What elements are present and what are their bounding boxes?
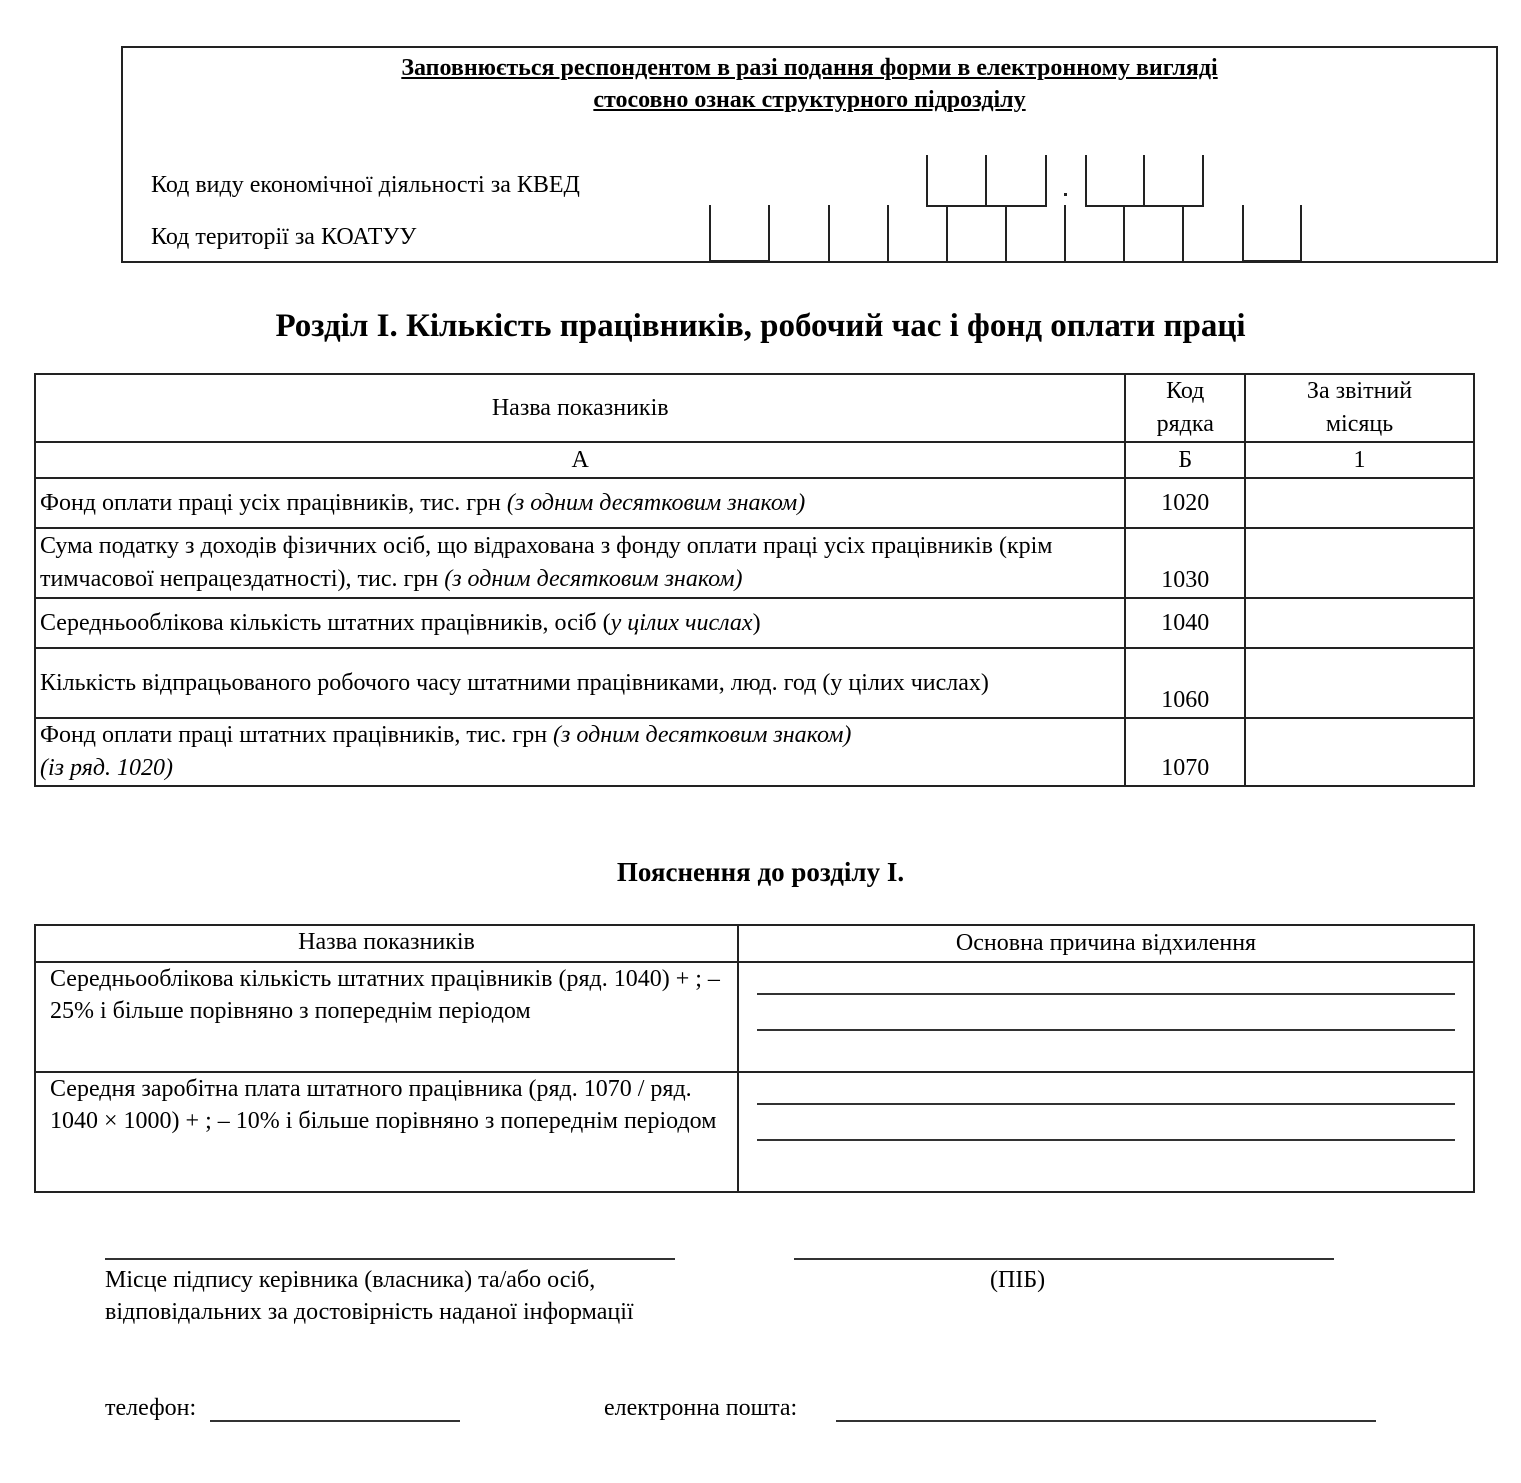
subheader-b: Б: [1125, 442, 1245, 478]
signature-place-label-2: відповідальних за достовірність наданої …: [105, 1296, 634, 1328]
reason-line: [757, 971, 1455, 995]
signature-place-label-1: Місце підпису керівника (власника) та/аб…: [105, 1264, 595, 1296]
header-name: Назва показників: [35, 374, 1125, 442]
explanations-title: Пояснення до розділу І.: [0, 857, 1521, 888]
respondent-box-title-1: Заповнюється респондентом в разі подання…: [123, 52, 1496, 84]
section-1-title: Розділ І. Кількість працівників, робочий…: [0, 308, 1521, 345]
full-name-label: (ПІБ): [990, 1264, 1045, 1296]
kved-label: Код виду економічної діяльності за КВЕД: [151, 172, 580, 199]
value-input-1060[interactable]: [1245, 648, 1474, 718]
table-row: Фонд оплати праці усіх працівників, тис.…: [35, 478, 1474, 528]
table-row: Середньооблікова кількість штатних праці…: [35, 598, 1474, 648]
reason-input-1[interactable]: [738, 962, 1474, 1072]
koatuu-code-field[interactable]: [709, 205, 1309, 263]
row-code: 1070: [1125, 718, 1245, 786]
value-input-1020[interactable]: [1245, 478, 1474, 528]
full-name-line[interactable]: [794, 1258, 1334, 1260]
signature-place-line[interactable]: [105, 1258, 675, 1260]
koatuu-label: Код території за КОАТУУ: [151, 224, 416, 251]
table-row: Середньооблікова кількість штатних праці…: [35, 962, 1474, 1072]
row-code: 1060: [1125, 648, 1245, 718]
table-row: Кількість відпрацьованого робочого часу …: [35, 648, 1474, 718]
respondent-box-title-2: стосовно ознак структурного підрозділу: [123, 84, 1496, 116]
subheader-1: 1: [1245, 442, 1474, 478]
header-month: За звітний місяць: [1245, 374, 1474, 442]
value-input-1040[interactable]: [1245, 598, 1474, 648]
reason-line: [757, 1081, 1455, 1105]
subheader-a: А: [35, 442, 1125, 478]
table-row: Середня заробітна плата штатного працівн…: [35, 1072, 1474, 1192]
reason-line: [757, 1007, 1455, 1031]
table-row: Сума податку з доходів фізичних осіб, що…: [35, 528, 1474, 598]
email-label: електронна пошта:: [604, 1392, 797, 1424]
value-input-1070[interactable]: [1245, 718, 1474, 786]
reason-line: [757, 1117, 1455, 1141]
row-code: 1040: [1125, 598, 1245, 648]
value-input-1030[interactable]: [1245, 528, 1474, 598]
phone-label: телефон:: [105, 1392, 196, 1424]
row-code: 1030: [1125, 528, 1245, 598]
row-code: 1020: [1125, 478, 1245, 528]
expl-header-reason: Основна причина відхилення: [738, 925, 1474, 962]
phone-field[interactable]: [210, 1420, 460, 1422]
section-1-table: Назва показників Код рядка За звітний мі…: [34, 373, 1475, 787]
kved-separator-dot: [1064, 193, 1067, 196]
email-field[interactable]: [836, 1420, 1376, 1422]
kved-code-field[interactable]: [926, 155, 1206, 207]
table-row: Фонд оплати праці штатних працівників, т…: [35, 718, 1474, 786]
header-code: Код рядка: [1125, 374, 1245, 442]
expl-header-name: Назва показників: [35, 925, 738, 962]
reason-input-2[interactable]: [738, 1072, 1474, 1192]
explanations-table: Назва показників Основна причина відхиле…: [34, 924, 1475, 1193]
